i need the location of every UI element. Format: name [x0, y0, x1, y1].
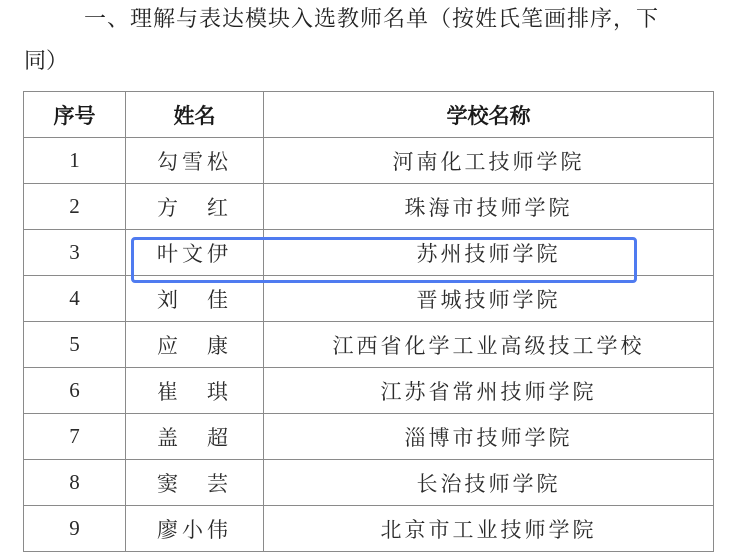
table-row: 7 盖 超 淄博市技师学院 — [24, 414, 714, 460]
row-index: 2 — [24, 184, 126, 230]
row-name: 应 康 — [126, 322, 264, 368]
table-row: 5 应 康 江西省化学工业高级技工学校 — [24, 322, 714, 368]
row-index: 8 — [24, 460, 126, 506]
row-name: 方 红 — [126, 184, 264, 230]
row-name: 窦 芸 — [126, 460, 264, 506]
row-name: 勾雪松 — [126, 138, 264, 184]
row-index: 5 — [24, 322, 126, 368]
row-school: 苏州技师学院 — [264, 230, 714, 276]
row-index: 7 — [24, 414, 126, 460]
row-school: 北京市工业技师学院 — [264, 506, 714, 552]
header-index: 序号 — [24, 92, 126, 138]
row-index: 9 — [24, 506, 126, 552]
header-school: 学校名称 — [264, 92, 714, 138]
row-school: 江西省化学工业高级技工学校 — [264, 322, 714, 368]
row-index: 3 — [24, 230, 126, 276]
row-name: 崔 琪 — [126, 368, 264, 414]
table-row: 1 勾雪松 河南化工技师学院 — [24, 138, 714, 184]
table-row: 6 崔 琪 江苏省常州技师学院 — [24, 368, 714, 414]
row-index: 6 — [24, 368, 126, 414]
row-name: 廖小伟 — [126, 506, 264, 552]
row-school: 长治技师学院 — [264, 460, 714, 506]
table-row: 2 方 红 珠海市技师学院 — [24, 184, 714, 230]
heading-line-2: 同） — [24, 44, 68, 75]
heading-line-1: 一、理解与表达模块入选教师名单（按姓氏笔画排序，下 — [84, 2, 659, 33]
table-row: 9 廖小伟 北京市工业技师学院 — [24, 506, 714, 552]
row-index: 4 — [24, 276, 126, 322]
row-name: 刘 佳 — [126, 276, 264, 322]
row-name: 盖 超 — [126, 414, 264, 460]
row-school: 淄博市技师学院 — [264, 414, 714, 460]
row-index: 1 — [24, 138, 126, 184]
header-name: 姓名 — [126, 92, 264, 138]
table-row-highlighted: 3 叶文伊 苏州技师学院 — [24, 230, 714, 276]
row-name: 叶文伊 — [126, 230, 264, 276]
teacher-roster-table: 序号 姓名 学校名称 1 勾雪松 河南化工技师学院 2 方 红 珠海市技师学院 … — [23, 91, 714, 552]
row-school: 江苏省常州技师学院 — [264, 368, 714, 414]
table-row: 4 刘 佳 晋城技师学院 — [24, 276, 714, 322]
table-header-row: 序号 姓名 学校名称 — [24, 92, 714, 138]
row-school: 河南化工技师学院 — [264, 138, 714, 184]
table-row: 8 窦 芸 长治技师学院 — [24, 460, 714, 506]
row-school: 珠海市技师学院 — [264, 184, 714, 230]
row-school: 晋城技师学院 — [264, 276, 714, 322]
